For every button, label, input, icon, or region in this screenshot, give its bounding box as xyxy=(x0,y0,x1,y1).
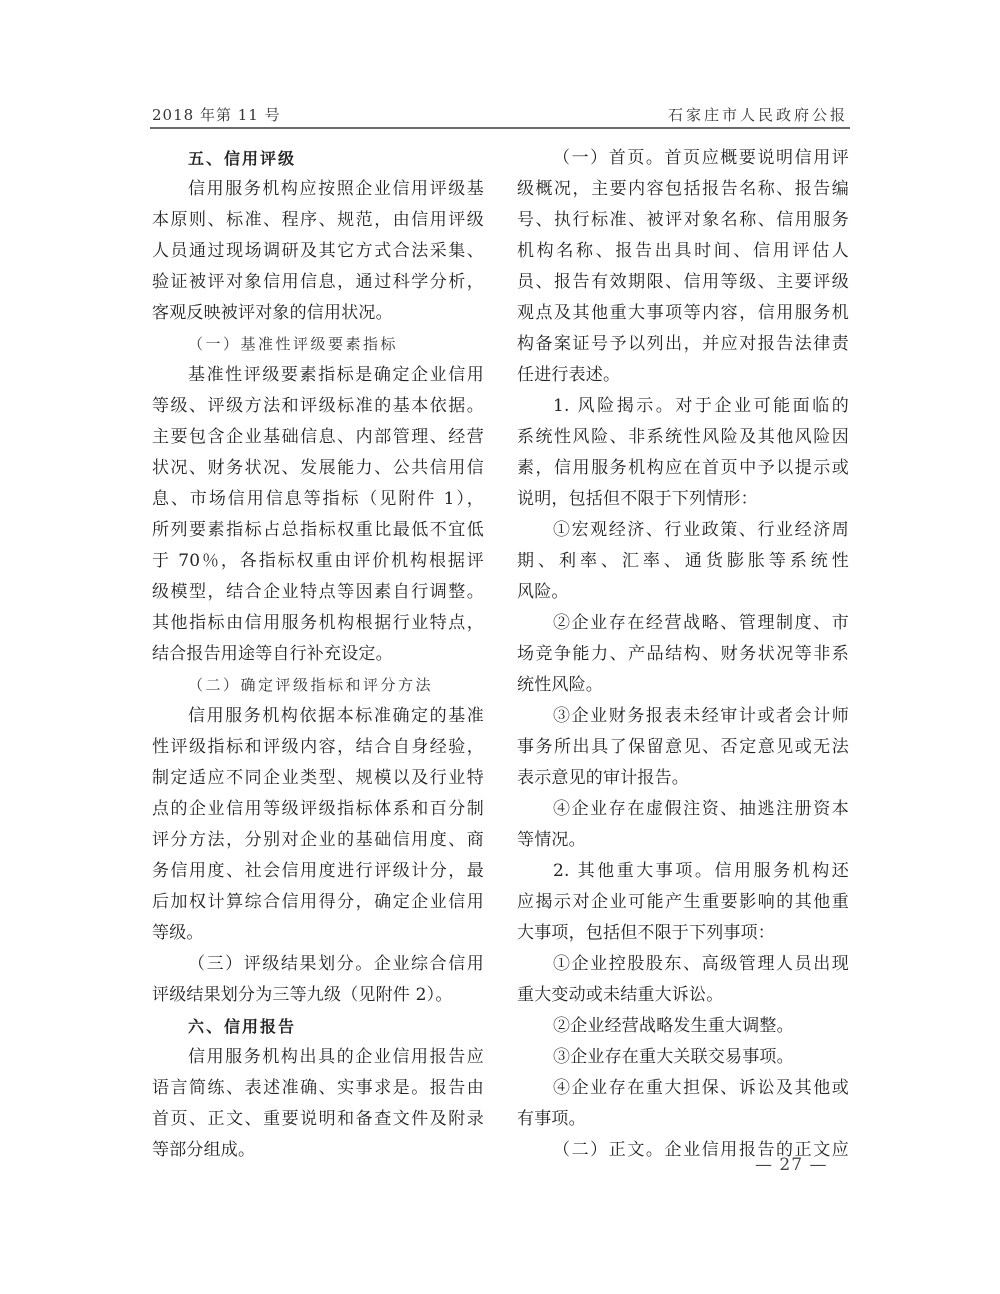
text-line: 基准性评级要素指标是确定企业信用 xyxy=(152,360,484,391)
text-line: ③企业存在重大关联交易事项。 xyxy=(517,1042,849,1073)
text-line: 语言简练、表述准确、实事求是。报告由 xyxy=(152,1073,484,1104)
publication-title: 石家庄市人民政府公报 xyxy=(668,104,848,125)
text-line: 期、利率、汇率、通货膨胀等系统性 xyxy=(517,546,849,577)
text-line: 级概况，主要内容包括报告名称、报告编 xyxy=(517,174,849,205)
text-line: ②企业存在经营战略、管理制度、市 xyxy=(517,608,849,639)
running-header: 2018 年第 11 号 石家庄市人民政府公报 xyxy=(152,104,848,126)
text-line: 构备案证号予以列出，并应对报告法律责 xyxy=(517,329,849,360)
text-line: 等情况。 xyxy=(517,825,849,856)
text-line: 表示意见的审计报告。 xyxy=(517,763,849,794)
text-line: （三）评级结果划分。企业综合信用 xyxy=(152,949,484,980)
subsection-heading: （二）确定评级指标和评分方法 xyxy=(152,670,484,701)
section-heading: 六、信用报告 xyxy=(152,1011,484,1042)
text-line: 重大变动或未结重大诉讼。 xyxy=(517,980,849,1011)
text-line: 号、执行标准、被评对象名称、信用服务 xyxy=(517,205,849,236)
text-line: 状况、财务状况、发展能力、公共信用信 xyxy=(152,453,484,484)
text-line: ④企业存在虚假注资、抽逃注册资本 xyxy=(517,794,849,825)
text-line: 制定适应不同企业类型、规模以及行业特 xyxy=(152,763,484,794)
text-line: 务信用度、社会信用度进行评级计分，最 xyxy=(152,856,484,887)
text-line: 场竞争能力、产品结构、财务状况等非系 xyxy=(517,639,849,670)
subsection-heading: （一）基准性评级要素指标 xyxy=(152,329,484,360)
text-line: 级模型，结合企业特点等因素自行调整。 xyxy=(152,577,484,608)
text-line: 有事项。 xyxy=(517,1104,849,1135)
text-line: 本原则、标准、程序、规范，由信用评级 xyxy=(152,205,484,236)
text-line: 1. 风险揭示。对于企业可能面临的 xyxy=(517,391,849,422)
text-line: 等部分组成。 xyxy=(152,1135,484,1166)
text-line: ①企业控股股东、高级管理人员出现 xyxy=(517,949,849,980)
text-line: 任进行表述。 xyxy=(517,360,849,391)
text-line: 系统性风险、非系统性风险及其他风险因 xyxy=(517,422,849,453)
text-line: 评级结果划分为三等九级（见附件 2）。 xyxy=(152,980,484,1011)
text-line: 等级、评级方法和评级标准的基本依据。 xyxy=(152,391,484,422)
issue-number: 2018 年第 11 号 xyxy=(152,104,281,125)
text-line: 息、市场信用信息等指标（见附件 1）， xyxy=(152,484,484,515)
page-number: — 27 — xyxy=(755,1155,827,1175)
right-column: （一）首页。首页应概要说明信用评级概况，主要内容包括报告名称、报告编号、执行标准… xyxy=(517,143,849,1166)
text-line: 所列要素指标占总指标权重比最低不宜低 xyxy=(152,515,484,546)
text-line: ②企业经营战略发生重大调整。 xyxy=(517,1011,849,1042)
text-line: 主要包含企业基础信息、内部管理、经营 xyxy=(152,422,484,453)
text-line: 应揭示对企业可能产生重要影响的其他重 xyxy=(517,887,849,918)
text-line: 后加权计算综合信用得分，确定企业信用 xyxy=(152,887,484,918)
text-line: 员、报告有效期限、信用等级、主要评级 xyxy=(517,267,849,298)
text-line: ①宏观经济、行业政策、行业经济周 xyxy=(517,515,849,546)
text-line: 观点及其他重大事项等内容，信用服务机 xyxy=(517,298,849,329)
text-line: 事务所出具了保留意见、否定意见或无法 xyxy=(517,732,849,763)
text-line: 客观反映被评对象的信用状况。 xyxy=(152,298,484,329)
text-line: 点的企业信用等级评级指标体系和百分制 xyxy=(152,794,484,825)
text-line: 说明，包括但不限于下列情形： xyxy=(517,484,849,515)
header-rule xyxy=(150,127,850,129)
text-line: 验证被评对象信用信息，通过科学分析， xyxy=(152,267,484,298)
text-line: 风险。 xyxy=(517,577,849,608)
text-line: 大事项，包括但不限于下列事项： xyxy=(517,918,849,949)
section-heading: 五、信用评级 xyxy=(152,143,484,174)
text-line: 其他指标由信用服务机构根据行业特点， xyxy=(152,608,484,639)
text-line: ③企业财务报表未经审计或者会计师 xyxy=(517,701,849,732)
text-line: 机构名称、报告出具时间、信用评估人 xyxy=(517,236,849,267)
text-line: 首页、正文、重要说明和备查文件及附录 xyxy=(152,1104,484,1135)
text-line: 素，信用服务机构应在首页中予以提示或 xyxy=(517,453,849,484)
text-line: 等级。 xyxy=(152,918,484,949)
text-line: 信用服务机构依据本标准确定的基准 xyxy=(152,701,484,732)
text-line: 统性风险。 xyxy=(517,670,849,701)
text-line: 2. 其他重大事项。信用服务机构还 xyxy=(517,856,849,887)
text-line: 人员通过现场调研及其它方式合法采集、 xyxy=(152,236,484,267)
text-line: 信用服务机构出具的企业信用报告应 xyxy=(152,1042,484,1073)
text-line: ④企业存在重大担保、诉讼及其他或 xyxy=(517,1073,849,1104)
text-line: 于 70％，各指标权重由评价机构根据评 xyxy=(152,546,484,577)
text-line: 性评级指标和评级内容，结合自身经验， xyxy=(152,732,484,763)
left-column: 五、信用评级信用服务机构应按照企业信用评级基本原则、标准、程序、规范，由信用评级… xyxy=(152,143,484,1166)
text-line: 评分方法，分别对企业的基础信用度、商 xyxy=(152,825,484,856)
text-line: （一）首页。首页应概要说明信用评 xyxy=(517,143,849,174)
text-line: 信用服务机构应按照企业信用评级基 xyxy=(152,174,484,205)
text-line: 结合报告用途等自行补充设定。 xyxy=(152,639,484,670)
